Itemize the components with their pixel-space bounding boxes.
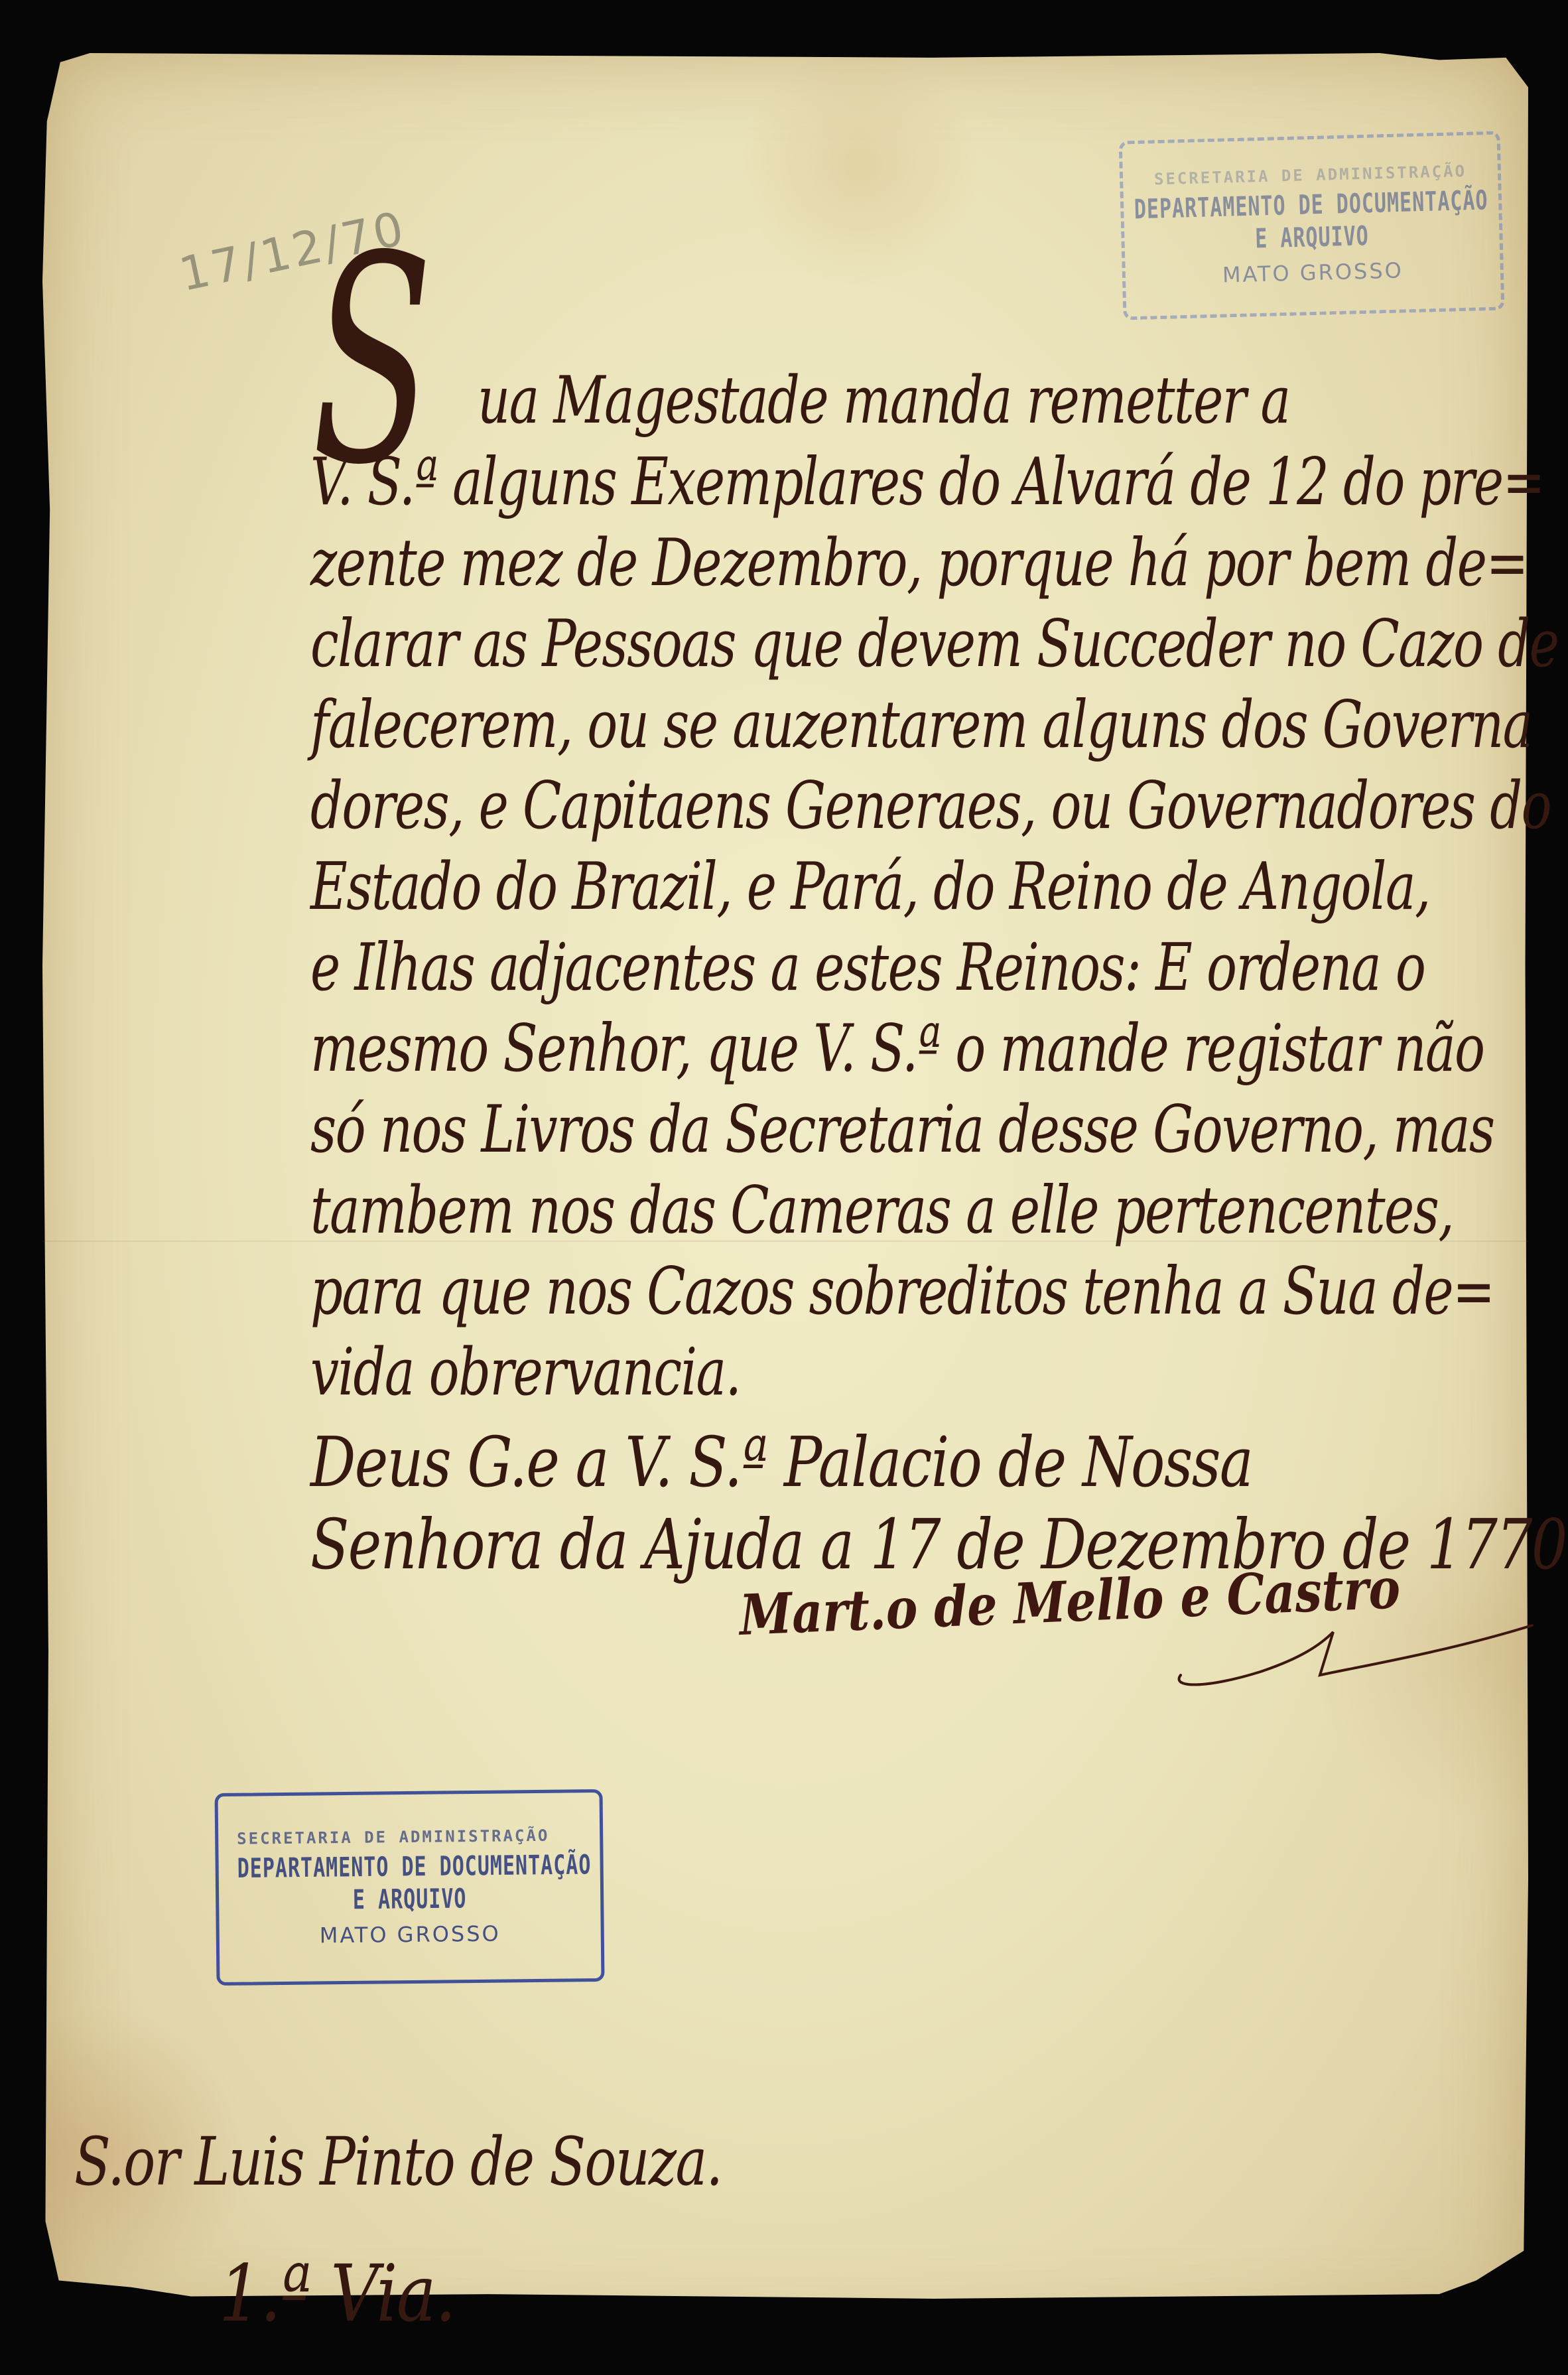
archive-stamp-top: SECRETARIA DE ADMINISTRAÇÃO DEPARTAMENTO…	[1119, 131, 1505, 320]
body-line-8: e Ilhas adjacentes a estes Reinos: E ord…	[310, 935, 1425, 1000]
body-line-7: Estado do Brazil, e Pará, do Reino de An…	[310, 854, 1430, 919]
body-line-9: mesmo Senhor, que V. S.ª o mande regista…	[310, 1016, 1484, 1081]
stamp-line-arquivo: E ARQUIVO	[219, 1882, 600, 1917]
copy-designation: 1.ª Via.	[219, 2248, 455, 2339]
stamp-line-departamento: DEPARTAMENTO DE DOCUMENTAÇÃO	[218, 1850, 600, 1885]
body-line-2: V. S.ª alguns Exemplares do Alvará de 12…	[310, 450, 1544, 515]
body-line-4: clarar as Pessoas que devem Succeder no …	[310, 612, 1558, 677]
stamp-line-secretaria: SECRETARIA DE ADMINISTRAÇÃO	[218, 1826, 600, 1848]
closing-line-1: Deus G.e a V. S.ª Palacio de Nossa	[310, 1428, 1252, 1497]
body-line-5: falecerem, ou se auzentarem alguns dos G…	[310, 693, 1532, 758]
stamp-line-mato-grosso: MATO GROSSO	[220, 1920, 601, 1949]
body-line-12: para que nos Cazos sobreditos tenha a Su…	[310, 1259, 1494, 1324]
body-line-1: ua Magestade manda remetter a	[478, 368, 1290, 433]
stamp-line-secretaria: SECRETARIA DE ADMINISTRAÇÃO	[1123, 161, 1498, 190]
body-line-3: zente mez de Dezembro, porque há por bem…	[310, 531, 1528, 596]
addressee-name: S.or Luis Pinto de Souza.	[74, 2123, 722, 2201]
body-line-10: só nos Livros da Secretaria desse Govern…	[310, 1097, 1494, 1162]
stamp-line-mato-grosso: MATO GROSSO	[1125, 255, 1500, 291]
archive-stamp-bottom: SECRETARIA DE ADMINISTRAÇÃO DEPARTAMENTO…	[214, 1789, 604, 1986]
body-line-13: vida obrervancia.	[310, 1340, 740, 1405]
body-line-11: tambem nos das Cameras a elle pertencent…	[310, 1178, 1453, 1243]
body-line-6: dores, e Capitaens Generaes, ou Governad…	[310, 774, 1551, 839]
signature-flourish-icon	[1167, 1605, 1539, 1692]
